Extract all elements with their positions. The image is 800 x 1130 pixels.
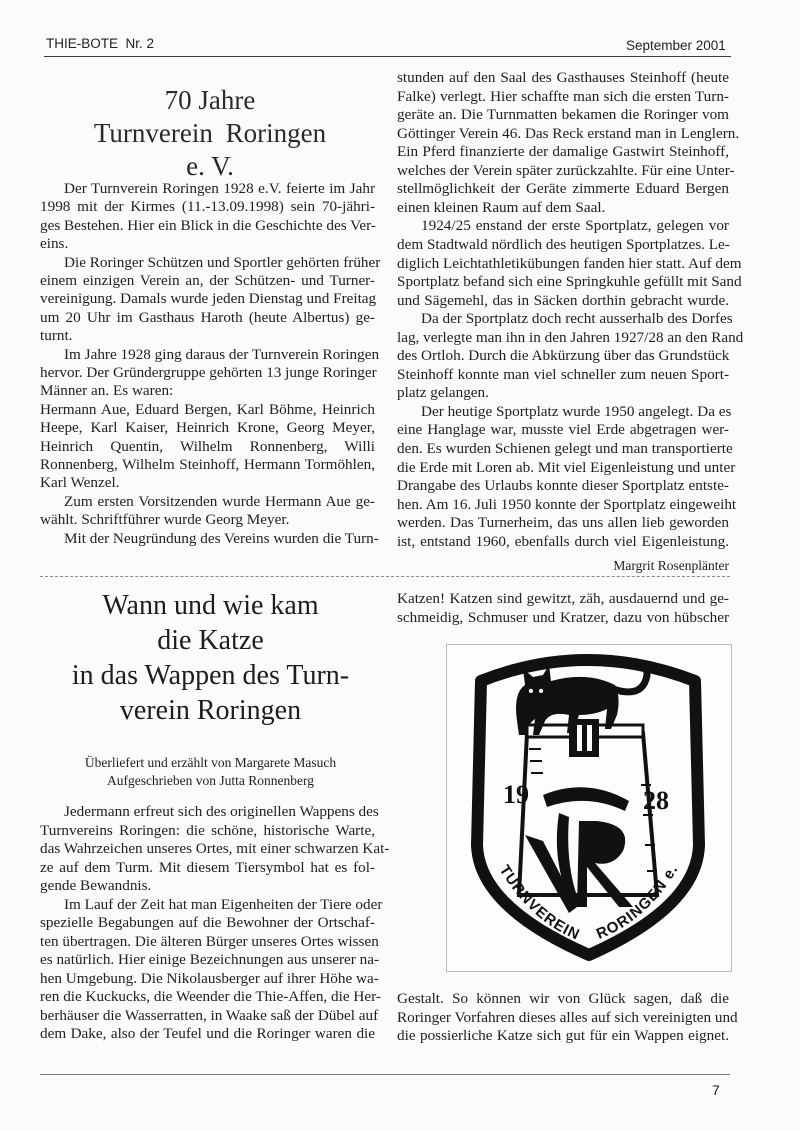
byline-line: Überliefert und erzählt von Margarete Ma…	[38, 754, 383, 772]
text-line: ten übertragen. Die älteren Bürger unser…	[40, 933, 375, 951]
footer-rule	[40, 1074, 730, 1075]
text-line: werden. Das Turnerheim, das uns allen li…	[397, 514, 729, 532]
text-line: ze auf dem Turm. Mit diesem Tiersymbol h…	[40, 859, 375, 877]
turnverein-roringen-emblem-icon: 19 28 TURNVEREIN RORINGEN e.V.	[447, 645, 731, 971]
emblem-year-right: 28	[643, 786, 669, 815]
text-line: des Ortloh. Durch die Abkürzung über das…	[397, 347, 729, 365]
text-line: eine Hanglage war, musste viel Erde abge…	[397, 421, 729, 439]
article-divider	[40, 576, 730, 577]
title-line: e. V.	[40, 150, 380, 183]
text-line: welches der Verein später zurückzahlte. …	[397, 162, 729, 180]
text-line: Göttinger Verein 46. Das Reck erstand ma…	[397, 125, 729, 143]
title-line: verein Roringen	[38, 693, 383, 728]
text-line: gende Bewandnis.	[40, 877, 375, 895]
text-line: hen Umgebung. Die Nikolausberger auf ihr…	[40, 970, 375, 988]
text-line: um 20 Uhr im Gasthaus Haroth (heute Albe…	[40, 309, 375, 327]
title-line: Turnverein Roringen	[40, 117, 380, 150]
text-line: Zum ersten Vorsitzenden wurde Hermann Au…	[40, 493, 375, 511]
text-line: platz gelangen.	[397, 384, 729, 402]
text-line: dem Stadtwald nördlich des heutigen Spor…	[397, 236, 729, 254]
text-line: hervor. Der Gründergruppe gehörten 13 ju…	[40, 364, 375, 382]
text-line: schmeidig, Schmuser und Kratzer, dazu vo…	[397, 609, 729, 627]
text-line: 1998 mit der Kirmes (11.-13.09.1998) sei…	[40, 198, 375, 216]
club-emblem-frame: 19 28 TURNVEREIN RORINGEN e.V.	[446, 644, 732, 972]
text-line: und Sägemehl, das in Säcken dorthin gebr…	[397, 292, 729, 310]
text-line: Gestalt. So können wir von Glück sagen, …	[397, 990, 729, 1008]
text-line: Turnvereins Roringen: die schöne, histor…	[40, 822, 375, 840]
title-line: 70 Jahre	[40, 84, 380, 117]
title-line: Wann und wie kam	[38, 588, 383, 623]
text-line: ges Bestehen. Hier ein Blick in die Gesc…	[40, 217, 375, 235]
title-line: in das Wappen des Turn-	[38, 658, 383, 693]
text-line: Da der Sportplatz doch recht ausserhalb …	[397, 310, 729, 328]
author-name: Margrit Rosenplänter	[397, 557, 729, 575]
text-line: wählt. Schriftführer wurde Georg Meyer.	[40, 511, 375, 529]
text-line: hen. Am 16. Juli 1950 konnte der Sportpl…	[397, 496, 729, 514]
article-2-title: Wann und wie kam die Katze in das Wappen…	[38, 588, 383, 728]
byline-line: Aufgeschrieben von Jutta Ronnenberg	[38, 772, 383, 790]
text-line: spezielle Begabungen auf die Bewohner de…	[40, 914, 375, 932]
text-line: stellmöglichkeit der Geräte zimmerte Edu…	[397, 180, 729, 198]
text-line: eins.	[40, 235, 375, 253]
text-line: geräte an. Die Turnmatten bekamen die Ro…	[397, 106, 729, 124]
text-line: einem einzigen Verein an, der Schützen- …	[40, 272, 375, 290]
text-line: berhäuser die Wasserratten, in Waake saß…	[40, 1007, 375, 1025]
text-line: Jedermann erfreut sich des originellen W…	[40, 803, 375, 821]
text-line: vereinigung. Damals wurde jeden Dienstag…	[40, 290, 375, 308]
text-line: stunden auf den Saal des Gasthauses Stei…	[397, 69, 729, 87]
text-line: Der heutige Sportplatz wurde 1950 angele…	[397, 403, 729, 421]
text-line: Heepe, Karl Kaiser, Heinrich Krone, Geor…	[40, 419, 375, 437]
article-2-byline: Überliefert und erzählt von Margarete Ma…	[38, 754, 383, 790]
text-line: Ein Pferd finanzierte der damalige Gastw…	[397, 143, 729, 161]
text-line: das Wahrzeichen unseres Ortes, mit einer…	[40, 840, 375, 858]
text-line: Im Lauf der Zeit hat man Eigenheiten der…	[40, 896, 375, 914]
text-line: Steinhoff konnte man viel schneller zum …	[397, 366, 729, 384]
text-line: 1924/25 enstand der erste Sportplatz, ge…	[397, 217, 729, 235]
text-line: dem Dake, also der Teufel und die Roring…	[40, 1025, 375, 1043]
text-line: Im Jahre 1928 ging daraus der Turnverein…	[40, 346, 375, 364]
text-line: Heinrich Quentin, Wilhelm Ronnenberg, Wi…	[40, 438, 375, 456]
text-line: ist, entstand 1960, ebenfalls durch viel…	[397, 533, 729, 551]
title-line: die Katze	[38, 623, 383, 658]
page-number: 7	[712, 1082, 720, 1098]
text-line: die possierliche Katze sich gut für ein …	[397, 1027, 729, 1045]
text-line: den. Es wurden Schienen gelegt und man t…	[397, 440, 729, 458]
text-line: die Erde mit Loren ab. Mit viel Eigenlei…	[397, 459, 729, 477]
text-line: Sportplatz befand sich eine Springkuhle …	[397, 273, 729, 291]
publication-name: THIE-BOTE Nr. 2	[46, 36, 154, 51]
text-line: Karl Wenzel.	[40, 474, 375, 492]
text-line: ren die Kuckucks, die Weender die Thie-A…	[40, 988, 375, 1006]
text-line: Katzen! Katzen sind gewitzt, zäh, ausdau…	[397, 590, 729, 608]
text-line: Mit der Neugründung des Vereins wurden d…	[40, 530, 375, 548]
issue-date: September 2001	[626, 38, 726, 53]
text-line: diglich Leichtathletikübungen fanden hie…	[397, 255, 729, 273]
text-line: Drangabe des Urlaubs konnte dieser Sport…	[397, 477, 729, 495]
text-line: Die Roringer Schützen und Sportler gehör…	[40, 254, 375, 272]
text-line: turnt.	[40, 327, 375, 345]
text-line: lag, verlegte man ihn in den Jahren 1927…	[397, 329, 729, 347]
article-1-title: 70 Jahre Turnverein Roringen e. V.	[40, 84, 380, 183]
text-line: Roringer Vorfahren dieses alles auf sich…	[397, 1009, 729, 1027]
text-line: Hermann Aue, Eduard Bergen, Karl Böhme, …	[40, 401, 375, 419]
text-line: Männer an. Es waren:	[40, 382, 375, 400]
text-line: Der Turnverein Roringen 1928 e.V. feiert…	[40, 180, 375, 198]
text-line: einen kleinen Raum auf dem Saal.	[397, 199, 729, 217]
text-line: es natürlich. Hier einige Bezeichnungen …	[40, 951, 375, 969]
text-line: Falke) verlegt. Hier schaffte man sich d…	[397, 88, 729, 106]
header-rule	[44, 56, 731, 57]
text-line: Ronnenberg, Wilhelm Steinhoff, Hermann T…	[40, 456, 375, 474]
emblem-year-left: 19	[503, 780, 529, 809]
